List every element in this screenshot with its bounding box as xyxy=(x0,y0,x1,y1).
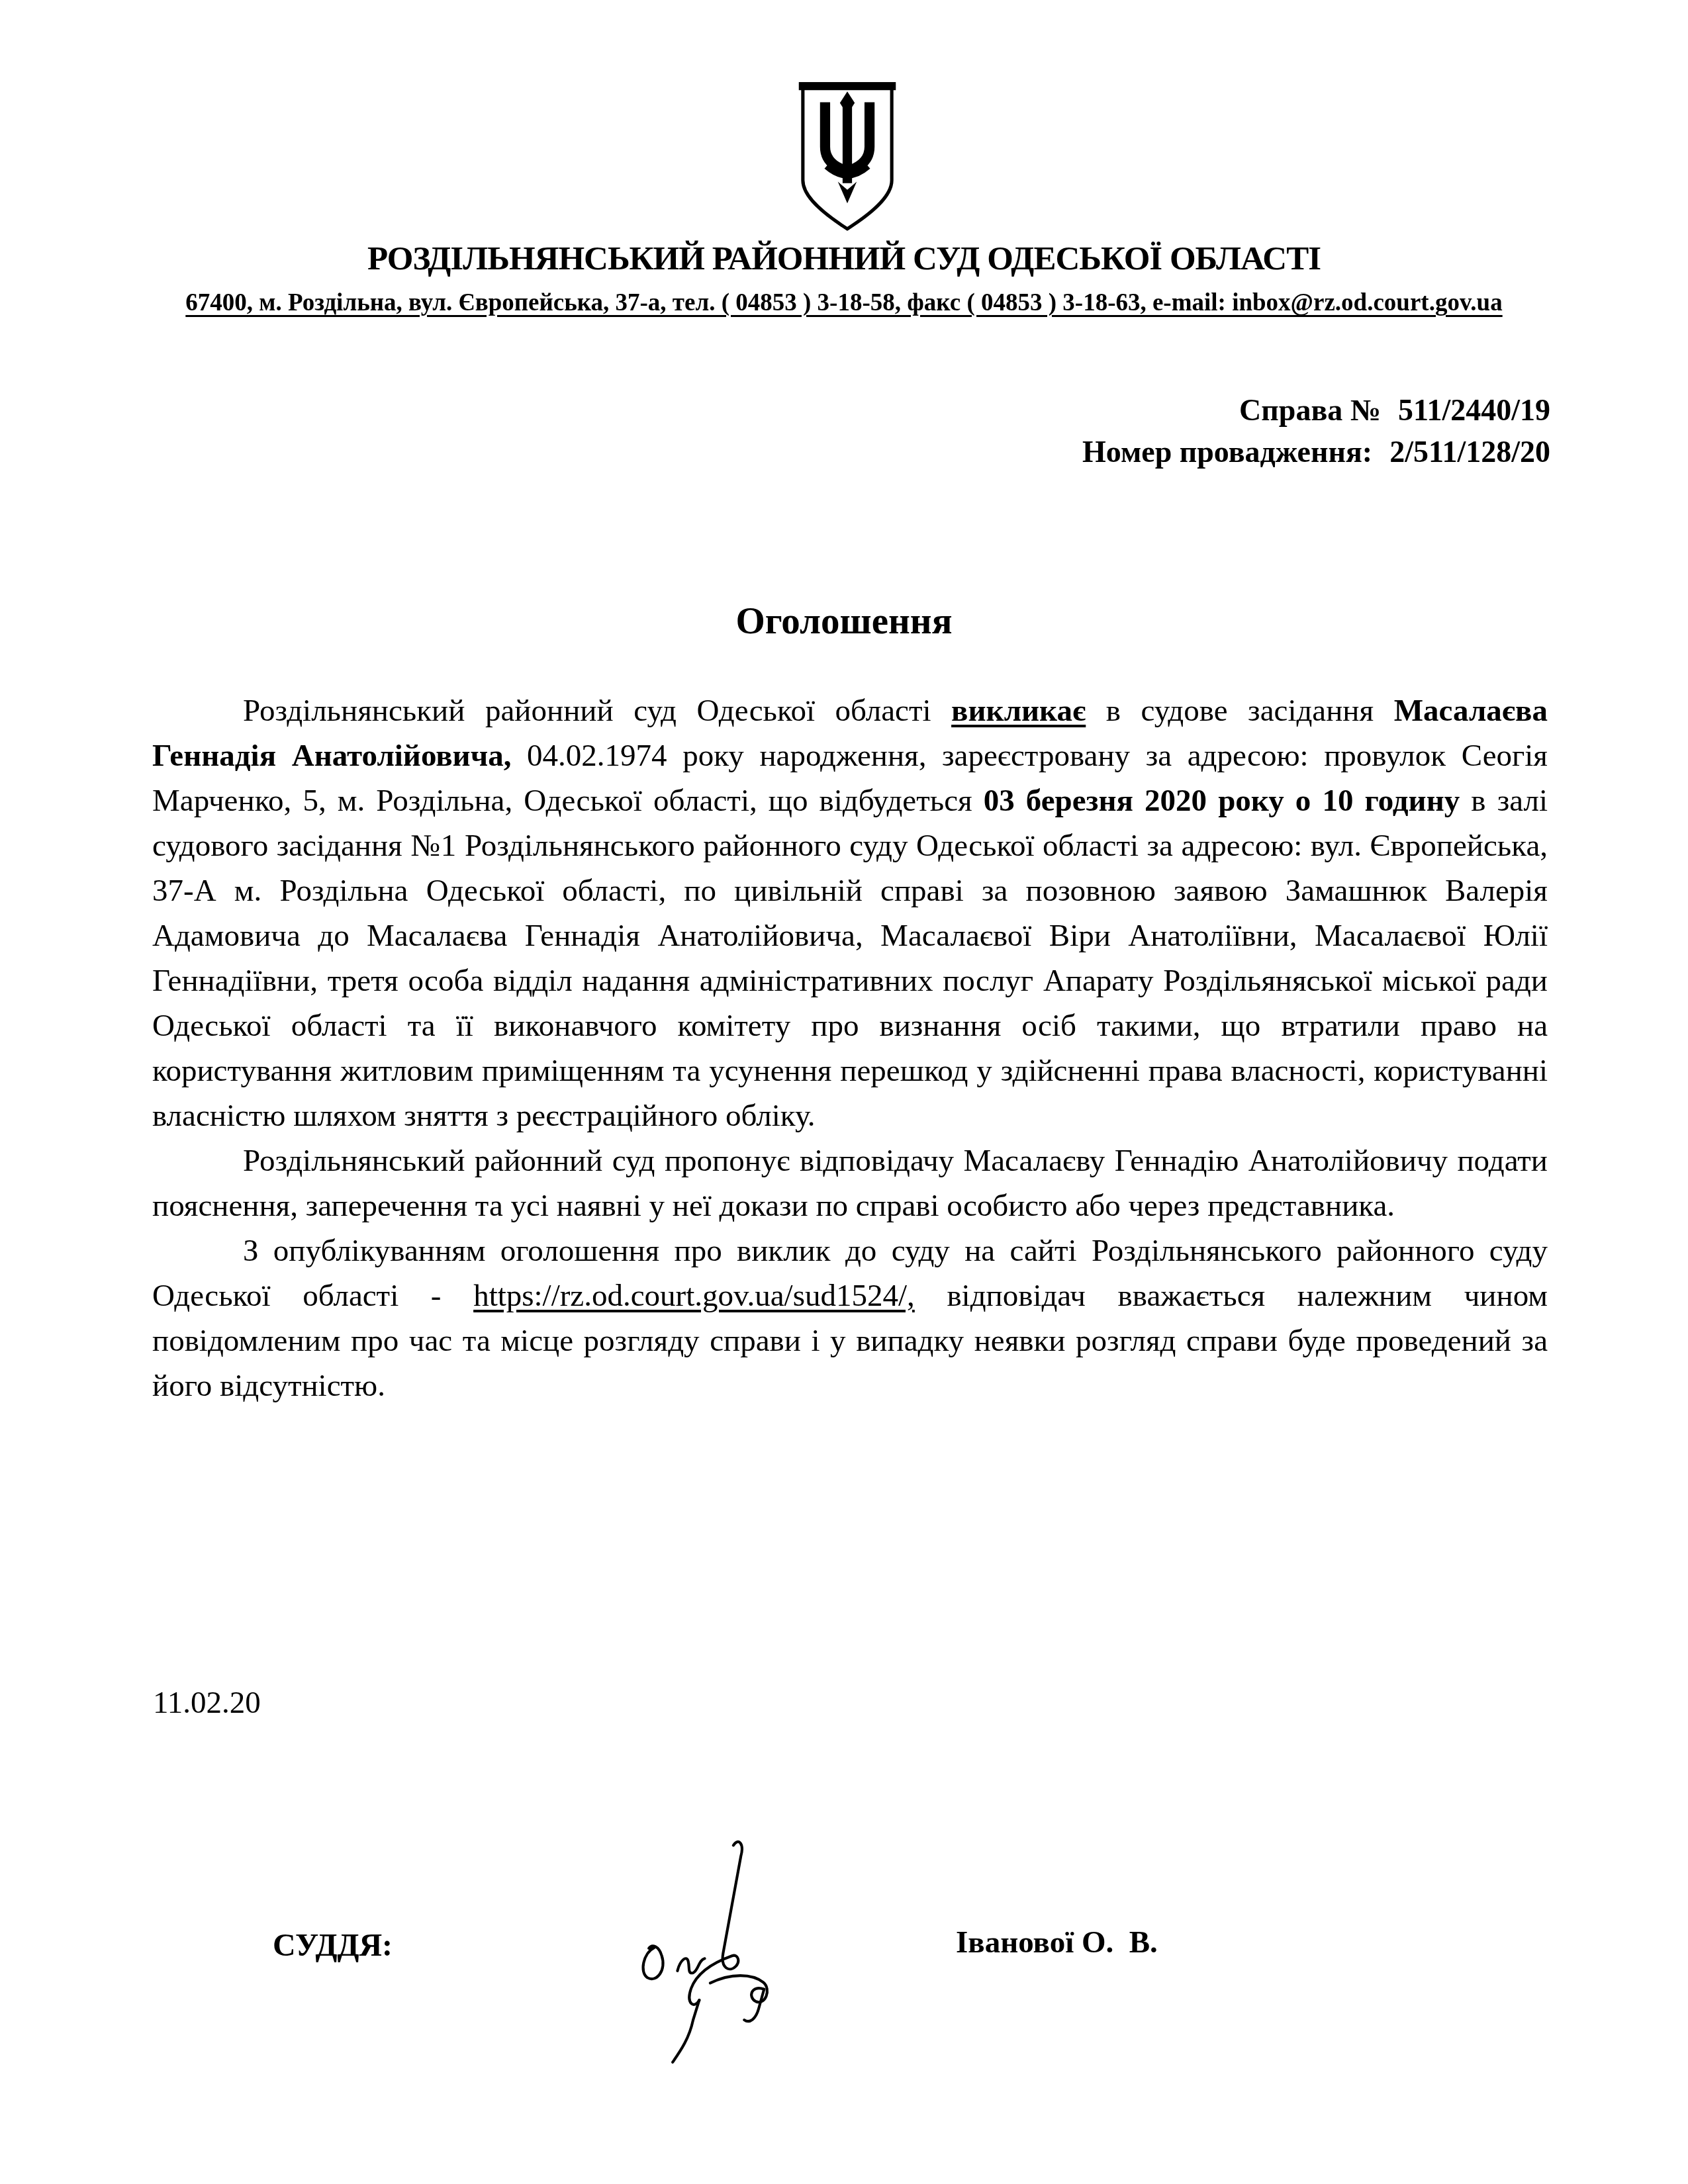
case-number-line: Справа №511/2440/19 xyxy=(1082,389,1550,431)
paragraph-summons: Роздільнянський районний суд Одеської об… xyxy=(152,688,1548,1138)
court-name-heading: РОЗДІЛЬНЯНСЬКИЙ РАЙОННИЙ СУД ОДЕСЬКОЇ ОБ… xyxy=(0,240,1688,278)
case-number-label: Справа № xyxy=(1239,393,1381,427)
document-title: Оголошення xyxy=(0,600,1688,643)
court-address-line: 67400, м. Роздільна, вул. Європейська, 3… xyxy=(0,289,1688,317)
judge-signature-icon xyxy=(628,1839,823,2064)
document-body: Роздільнянський районний суд Одеської об… xyxy=(152,688,1548,1408)
proceeding-number-line: Номер провадження:2/511/128/20 xyxy=(1082,431,1550,473)
document-page: РОЗДІЛЬНЯНСЬКИЙ РАЙОННИЙ СУД ОДЕСЬКОЇ ОБ… xyxy=(0,0,1688,2184)
document-date: 11.02.20 xyxy=(153,1685,261,1721)
case-info-block: Справа №511/2440/19 Номер провадження:2/… xyxy=(1082,389,1550,473)
case-number-value: 511/2440/19 xyxy=(1398,393,1550,427)
court-address-text: 67400, м. Роздільна, вул. Європейська, 3… xyxy=(185,289,1502,316)
paragraph-publication: З опублікуванням оголошення про виклик д… xyxy=(152,1228,1548,1408)
proceeding-number-value: 2/511/128/20 xyxy=(1389,435,1550,469)
judge-name: Іванової О. В. xyxy=(956,1925,1158,1960)
proceeding-number-label: Номер провадження: xyxy=(1082,435,1372,469)
judge-label: СУДДЯ: xyxy=(273,1927,393,1964)
paragraph-proposal: Роздільнянський районний суд пропонує ві… xyxy=(152,1138,1548,1228)
ukraine-trident-emblem-icon xyxy=(793,81,902,236)
